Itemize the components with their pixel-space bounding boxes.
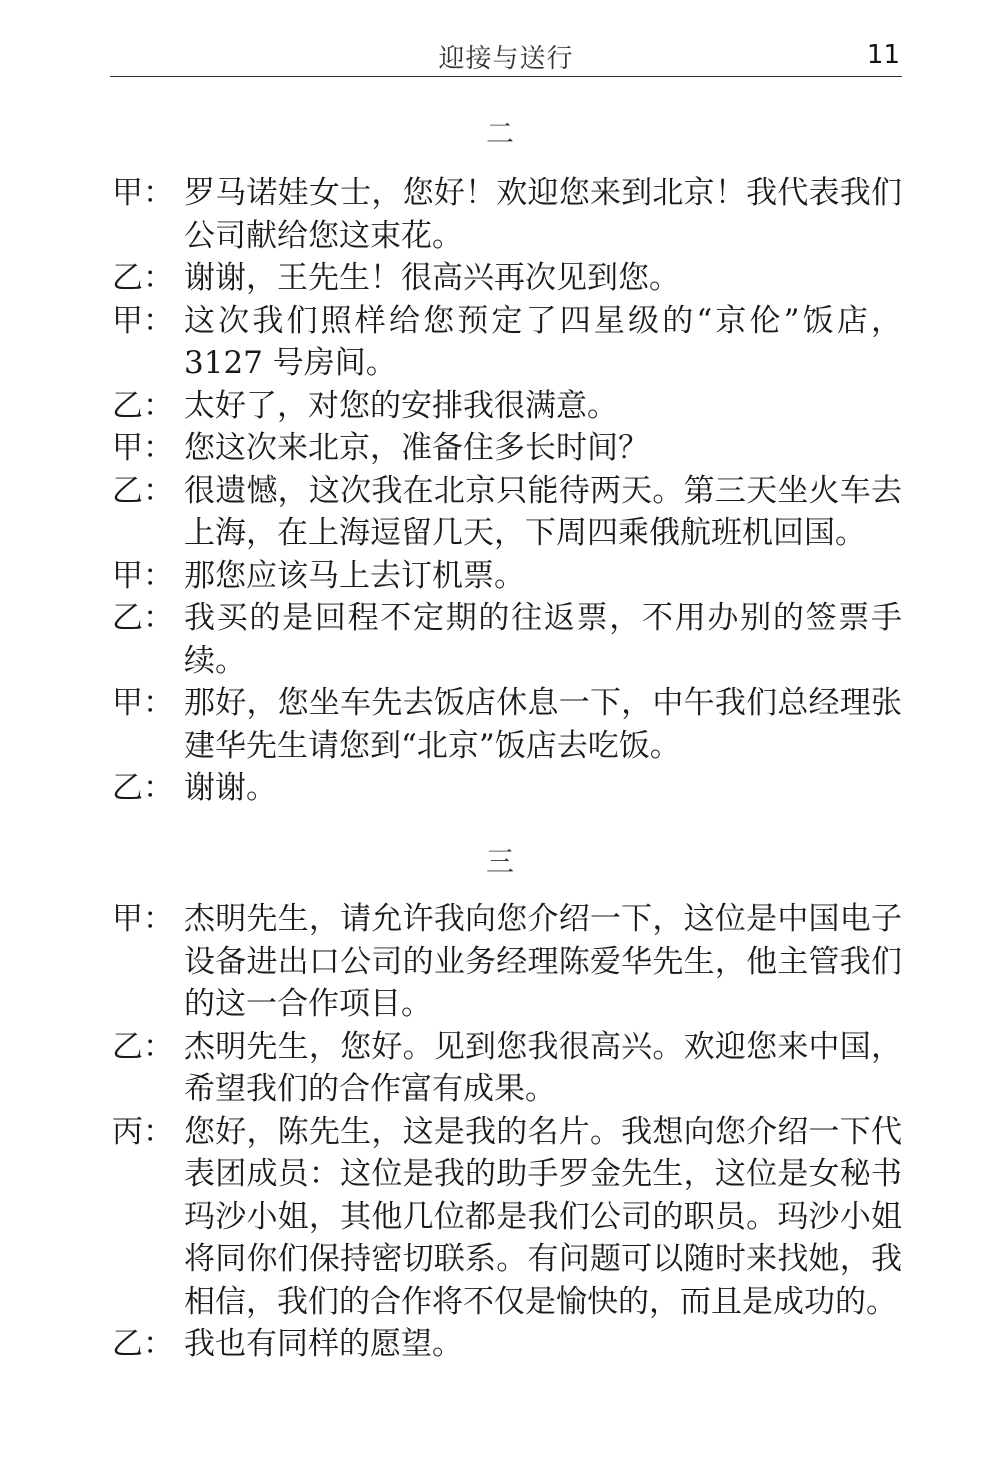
dialogue-turn: 甲： 杰明先生，请允许我向您介绍一下，这位是中国电子设备进出口公司的业务经理陈爱…	[112, 898, 912, 1026]
speaker-label: 乙：	[112, 257, 184, 300]
speech-text: 您这次来北京，准备住多长时间？	[184, 427, 902, 470]
dialogue-turn: 乙： 杰明先生，您好。见到您我很高兴。欢迎您来中国，希望我们的合作富有成果。	[112, 1026, 912, 1111]
speech-text: 杰明先生，您好。见到您我很高兴。欢迎您来中国，希望我们的合作富有成果。	[184, 1026, 902, 1111]
dialogue-turn: 乙： 谢谢，王先生！很高兴再次见到您。	[112, 257, 912, 300]
dialogue-turn: 丙： 您好，陈先生，这是我的名片。我想向您介绍一下代表团成员：这位是我的助手罗金…	[112, 1111, 912, 1324]
dialogue-turn: 甲： 那您应该马上去订机票。	[112, 555, 912, 598]
speech-text: 罗马诺娃女士，您好！欢迎您来到北京！我代表我们公司献给您这束花。	[184, 172, 902, 257]
dialogue-turn: 甲： 罗马诺娃女士，您好！欢迎您来到北京！我代表我们公司献给您这束花。	[112, 172, 912, 257]
dialogue-turn: 乙： 我也有同样的愿望。	[112, 1323, 912, 1366]
dialogue-turn: 甲： 您这次来北京，准备住多长时间？	[112, 427, 912, 470]
speaker-label: 甲：	[112, 300, 184, 385]
speech-text: 您好，陈先生，这是我的名片。我想向您介绍一下代表团成员：这位是我的助手罗金先生，…	[184, 1111, 902, 1324]
dialogue-turn: 乙： 谢谢。	[112, 767, 912, 810]
speaker-label: 乙：	[112, 767, 184, 810]
speech-text: 我也有同样的愿望。	[184, 1323, 902, 1366]
speaker-label: 乙：	[112, 470, 184, 555]
section-heading-2: 二	[0, 112, 1000, 152]
speaker-label: 乙：	[112, 597, 184, 682]
speech-text: 那好，您坐车先去饭店休息一下，中午我们总经理张建华先生请您到“北京”饭店去吃饭。	[184, 682, 902, 767]
speaker-label: 甲：	[112, 427, 184, 470]
section-heading-3: 三	[0, 840, 1000, 880]
speech-text: 很遗憾，这次我在北京只能待两天。第三天坐火车去上海，在上海逗留几天，下周四乘俄航…	[184, 470, 902, 555]
speaker-label: 甲：	[112, 682, 184, 767]
speaker-label: 乙：	[112, 1026, 184, 1111]
speaker-label: 乙：	[112, 1323, 184, 1366]
speaker-label: 乙：	[112, 385, 184, 428]
dialogue-turn: 乙： 我买的是回程不定期的往返票，不用办别的签票手续。	[112, 597, 912, 682]
speech-text: 我买的是回程不定期的往返票，不用办别的签票手续。	[184, 597, 902, 682]
speech-text: 谢谢。	[184, 767, 902, 810]
dialogue-turn: 甲： 那好，您坐车先去饭店休息一下，中午我们总经理张建华先生请您到“北京”饭店去…	[112, 682, 912, 767]
speaker-label: 丙：	[112, 1111, 184, 1324]
page-number: 11	[867, 40, 900, 70]
speech-text: 太好了，对您的安排我很满意。	[184, 385, 902, 428]
dialogue-turn: 乙： 太好了，对您的安排我很满意。	[112, 385, 912, 428]
speaker-label: 甲：	[112, 898, 184, 1026]
dialogue-section-2: 甲： 罗马诺娃女士，您好！欢迎您来到北京！我代表我们公司献给您这束花。 乙： 谢…	[112, 172, 912, 810]
running-head: 迎接与送行 11	[110, 38, 902, 77]
speech-text: 谢谢，王先生！很高兴再次见到您。	[184, 257, 902, 300]
dialogue-turn: 甲： 这次我们照样给您预定了四星级的“京伦”饭店，3127 号房间。	[112, 300, 912, 385]
running-title: 迎接与送行	[110, 38, 902, 75]
speaker-label: 甲：	[112, 555, 184, 598]
speech-text: 那您应该马上去订机票。	[184, 555, 902, 598]
dialogue-turn: 乙： 很遗憾，这次我在北京只能待两天。第三天坐火车去上海，在上海逗留几天，下周四…	[112, 470, 912, 555]
speaker-label: 甲：	[112, 172, 184, 257]
speech-text: 杰明先生，请允许我向您介绍一下，这位是中国电子设备进出口公司的业务经理陈爱华先生…	[184, 898, 902, 1026]
speech-text: 这次我们照样给您预定了四星级的“京伦”饭店，3127 号房间。	[184, 300, 902, 385]
dialogue-section-3: 甲： 杰明先生，请允许我向您介绍一下，这位是中国电子设备进出口公司的业务经理陈爱…	[112, 898, 912, 1366]
